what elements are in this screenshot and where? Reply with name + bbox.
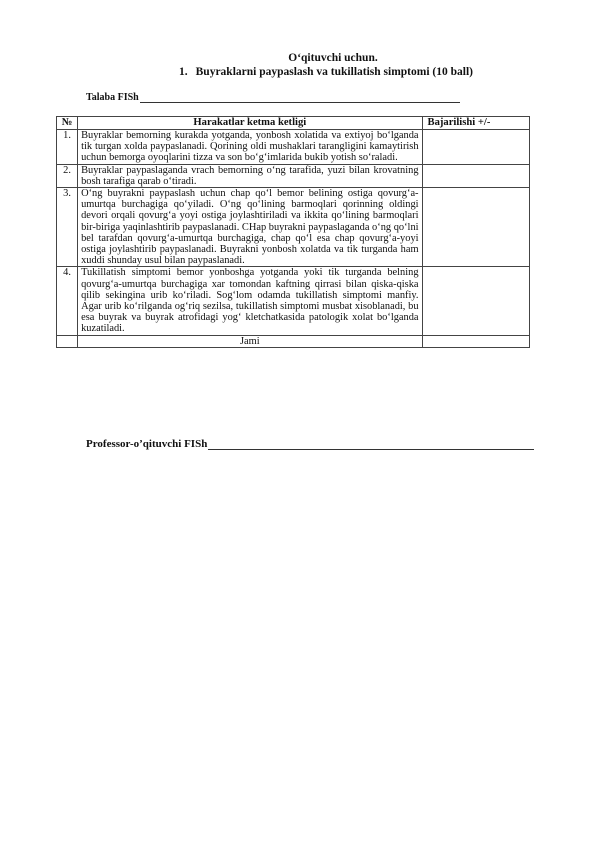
professor-label: Professor-o’qituvchi FISh [86, 438, 207, 450]
student-name-blank[interactable] [140, 93, 460, 103]
row-action-text: Buyraklar bemorning kurakda yotganda, yo… [78, 130, 422, 165]
checklist-table: № Harakatlar ketma ketligi Bajarilishi +… [56, 116, 530, 348]
row-action-text: Buyraklar paypaslaganda vrach bemorning … [78, 164, 422, 187]
row-number: 4. [57, 267, 78, 335]
row-action-text: Tukillatish simptomi bemor yonboshga yot… [78, 267, 422, 335]
document-title: O‘qituvchi uchun. [0, 52, 596, 64]
row-action-text: O‘ng buyrakni paypaslash uchun chap qo‘l… [78, 188, 422, 267]
student-name-field: Talaba FISh [86, 92, 460, 103]
table-row: 3. O‘ng buyrakni paypaslash uchun chap q… [57, 188, 530, 267]
row-result-cell[interactable] [422, 164, 529, 187]
table-header-row: № Harakatlar ketma ketligi Bajarilishi +… [57, 117, 530, 130]
professor-name-field: Professor-o’qituvchi FISh [86, 438, 534, 450]
row-result-cell[interactable] [422, 267, 529, 335]
professor-name-blank[interactable] [208, 439, 534, 450]
task-title-text: Buyraklarni paypaslash va tukillatish si… [196, 66, 473, 78]
row-number: 1. [57, 130, 78, 165]
column-header-result: Bajarilishi +/- [422, 117, 529, 130]
table-row: 4. Tukillatish simptomi bemor yonboshga … [57, 267, 530, 335]
column-header-number: № [57, 117, 78, 130]
task-number: 1. [179, 66, 188, 78]
total-row: Jami [57, 335, 530, 347]
row-number: 3. [57, 188, 78, 267]
row-result-cell[interactable] [422, 130, 529, 165]
row-result-cell[interactable] [422, 188, 529, 267]
total-label: Jami [78, 335, 422, 347]
total-result-cell[interactable] [422, 335, 529, 347]
row-number: 2. [57, 164, 78, 187]
total-number-cell [57, 335, 78, 347]
task-title: 1.Buyraklarni paypaslash va tukillatish … [0, 66, 596, 78]
table-row: 2. Buyraklar paypaslaganda vrach bemorni… [57, 164, 530, 187]
student-label: Talaba FISh [86, 92, 139, 103]
column-header-actions: Harakatlar ketma ketligi [78, 117, 422, 130]
table-row: 1. Buyraklar bemorning kurakda yotganda,… [57, 130, 530, 165]
